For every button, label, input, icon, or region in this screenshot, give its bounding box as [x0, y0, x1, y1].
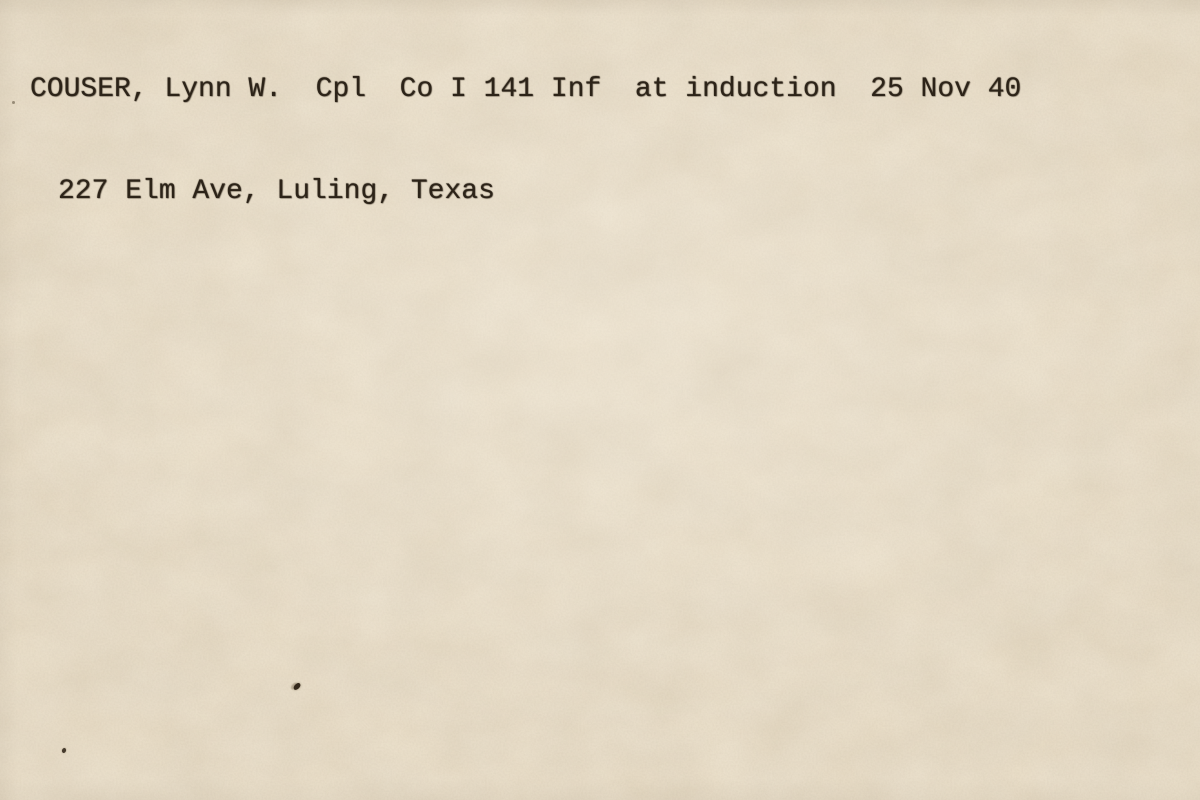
typed-line-identity: COUSER, Lynn W. Cpl Co I 141 Inf at indu… — [30, 73, 1021, 107]
ink-speck-bottom-left — [61, 747, 66, 753]
scanned-index-card: COUSER, Lynn W. Cpl Co I 141 Inf at indu… — [0, 0, 1200, 800]
ink-speck-center — [292, 682, 301, 691]
ink-speck-faint-left — [12, 101, 15, 104]
typed-line-address: 227 Elm Ave, Luling, Texas — [30, 175, 1021, 209]
typed-text-block: COUSER, Lynn W. Cpl Co I 141 Inf at indu… — [30, 5, 1021, 277]
